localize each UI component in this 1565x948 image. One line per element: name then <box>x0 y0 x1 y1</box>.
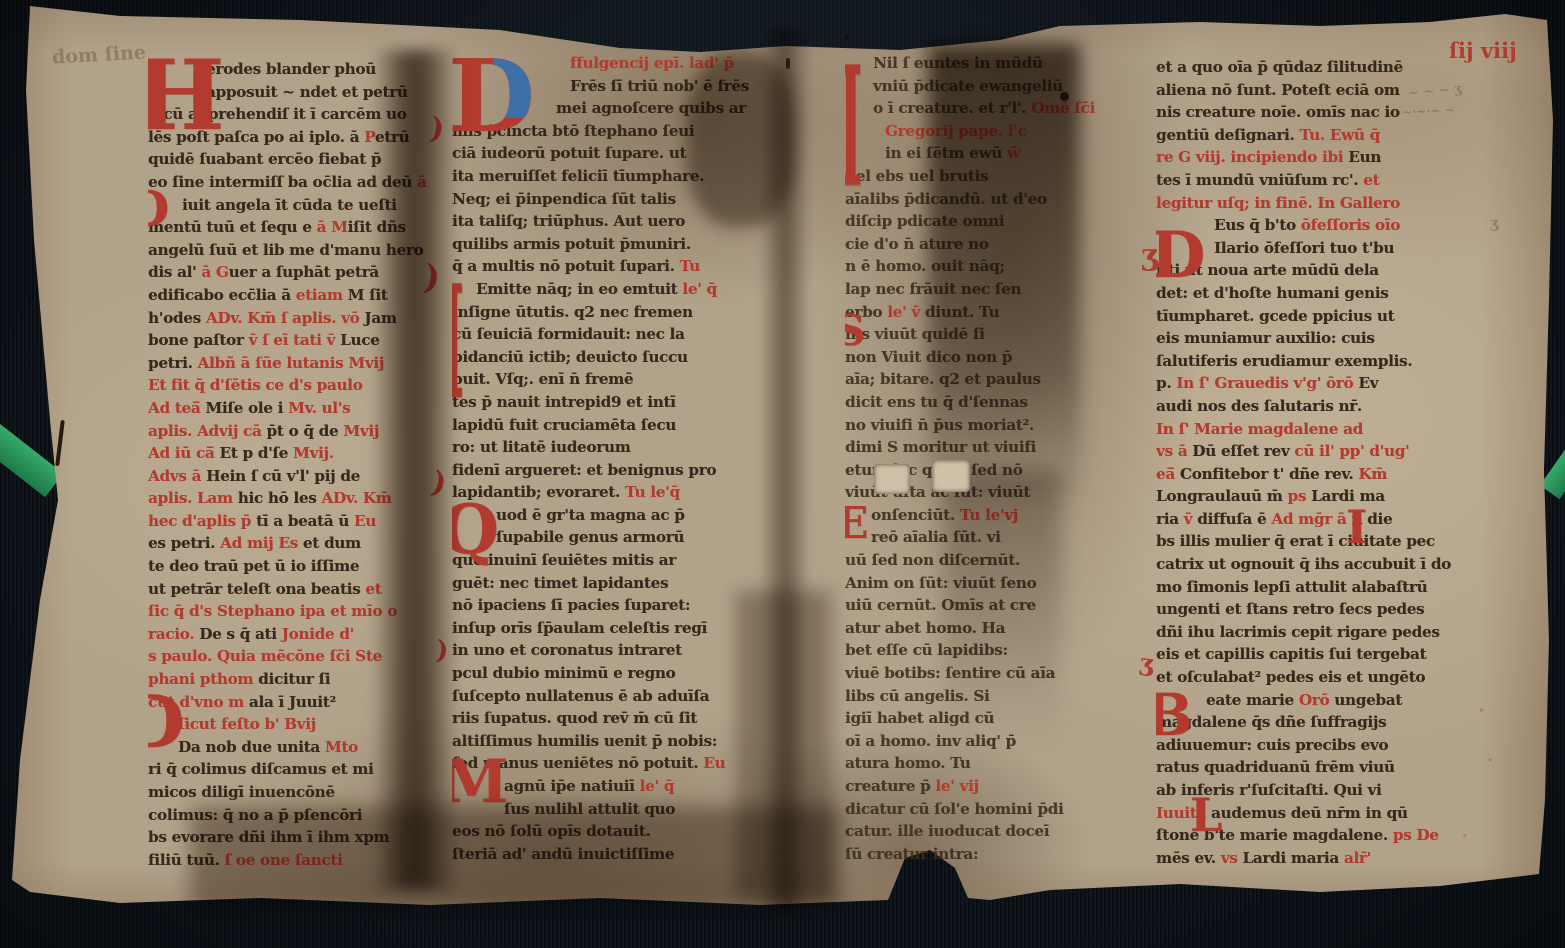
text-line: diſcip pdicate omni <box>845 210 1167 233</box>
text-line: Neq; ei p̄inpendica ſūt talis <box>452 188 767 211</box>
text-line: ut petrār teleſt ona beatis et <box>148 578 446 601</box>
parchment-hole <box>932 460 970 492</box>
illuminated-initial: H <box>148 58 225 144</box>
text-line: reō aīalia ſūt. vi <box>845 526 1167 549</box>
text-line: catur. ille iuoducat doceī <box>845 820 1167 843</box>
text-line: ita taliſq; triūphus. Aut uero <box>452 210 767 233</box>
text-line: tes ī mundū vniūſum rc'. et <box>1156 169 1458 192</box>
column-2: ffulgencij epī. lad' p̄Frēs ſī triū nob'… <box>452 52 767 872</box>
text-line: ſuſcepto nullatenus ē ab aduīſa <box>452 685 767 708</box>
text-line: lap nec frāuit nec ſen <box>845 278 1167 301</box>
text-line: bone paſtor v̄ ſ eī tati v̄ Luce <box>148 329 446 352</box>
text-line: eā̄ Confitebor t' dñe rev. Km̄ <box>1156 463 1458 486</box>
text-line: Anim on ſūt: viuūt ſeno <box>845 572 1167 595</box>
text-line: cū ſeuiciā formidauit: nec la <box>452 323 767 346</box>
marginal-note: ~·~·~ ~ <box>1402 103 1455 120</box>
illuminated-initial: D <box>1156 224 1206 288</box>
text-line: dis al' ā Guer a ſuphāt petrā <box>148 261 446 284</box>
parchment-hole <box>874 464 910 494</box>
text-line: eis et capillis capitis ſui tergebat <box>1156 643 1458 666</box>
text-line: Et fit q̄ d'ſētis ce d's paulo <box>148 374 446 397</box>
text-line: re G viij. incipiendo ibi Eun <box>1156 146 1458 169</box>
text-line: s paulo. Quia mēcōne ſc̄i Ste <box>148 645 446 668</box>
text-line: ungenti et ſtans retro ſecs pedes <box>1156 598 1458 621</box>
text-line: aīalibs p̄dicandū. ut d'eo <box>845 188 1167 211</box>
text-line: fidenī argueret: et benignus pro <box>452 459 767 482</box>
column-3: Nil ſ euntes in mūdūvniū p̄dicate ewange… <box>845 52 1167 872</box>
text-line: quilibs armis potuit p̄muniri. <box>452 233 767 256</box>
text-line: te deo traū pet ū io iſſime <box>148 555 446 578</box>
text-line: vs ā Dū eſſet rev cū il' pp' d'ug' <box>1156 440 1458 463</box>
text-line: gentiū deſignari. Tu. Ewū q̄ <box>1156 124 1458 147</box>
text-line: mo ſimonis lepſi attulit alabaſtrū <box>1156 576 1458 599</box>
text-line: ſicut feſto b' Bvij <box>148 713 446 736</box>
column-4: et a quo oīa p̄ qūdaz ſilitudinēaliena n… <box>1156 56 1458 876</box>
text-line: ria v̄ diffuſa ē Ad mḡr ā n die <box>1156 508 1458 531</box>
text-line: Ad iū cā̄ Et p d'ſe Mvij. <box>148 442 446 465</box>
text-line: Da nob due unita Mto <box>148 736 446 759</box>
text-line: uū ſed non diſcernūt. <box>845 549 1167 572</box>
text-line: ri q̄ colimus diſcamus et mi <box>148 758 446 781</box>
text-line: eis muniamur auxilio: cuis <box>1156 327 1458 350</box>
text-line: et oſculabat² pedes eis et ungēto <box>1156 666 1458 689</box>
text-line: catrix ut ognouit q̄ ihs accubuit ī do <box>1156 553 1458 576</box>
illuminated-initial: Q <box>452 496 499 564</box>
text-line: erbo le' v̄ diunt. Tu <box>845 301 1167 324</box>
text-line: eo ſine intermiſſ ba oc̄lia ad deū ā <box>148 171 446 194</box>
text-line: buit. Vſq;. enī n̄ fremē <box>452 368 767 391</box>
text-line: bet eſſe cū lapidibs: <box>845 639 1167 662</box>
text-line: audi nos des ſalutaris nr̄. <box>1156 395 1458 418</box>
text-line: inſigne ūtutis. q2 nec fremen <box>452 301 767 324</box>
text-line: pidanciū ictib; deuicto ſuccu <box>452 346 767 369</box>
text-line: ratus quadriduanū frēm viuū <box>1156 756 1458 779</box>
text-line: es petri. Ad mij Es et dum <box>148 532 446 555</box>
illuminated-initial: D <box>148 686 184 758</box>
text-line: guēt: nec timet lapidantes <box>452 572 767 595</box>
text-line: cut d'vno m ala ī Juuit² <box>148 691 446 714</box>
text-line: Ad teā̄ Miſe ole i Mv. ul's <box>148 397 446 420</box>
text-line: quo inuinī ſeuiētes mitis ar <box>452 549 767 572</box>
text-line: magdalene q̄s dñe ſuffragijs <box>1156 711 1458 734</box>
text-line: Emitte nāq; in eo emtuit le' q̄ <box>452 278 767 301</box>
text-line: ro: ut litatē iudeorum <box>452 436 767 459</box>
text-line: mentū tuū et ſequ e ā Miſit dñs <box>148 216 446 239</box>
text-line: uiū cernūt. Omīs at cre <box>845 594 1167 617</box>
text-line: non Viuit dico non p̄ <box>845 346 1167 369</box>
text-line: tes p̄ nauit intrepid9 et intī <box>452 391 767 414</box>
text-line: phani pthom dicitur ſi <box>148 668 446 691</box>
text-line: ſū creatur intra: <box>845 843 1167 866</box>
illuminated-initial: D <box>148 184 169 234</box>
illuminated-initial: I <box>1346 504 1368 550</box>
column-1: erodes blander phoūapposuit ~ ndet et pe… <box>148 58 446 878</box>
text-line: eate marie Orō ungebat <box>1156 689 1458 712</box>
text-line: Longraulauū m̄ ps Lardi ma <box>1156 485 1458 508</box>
text-line: legitur uſq; in finē. In Gallero <box>1156 192 1458 215</box>
text-line: in ei ſētm ewū w̄ <box>845 142 1167 165</box>
text-line: pcul dubio minimū e regno <box>452 662 767 685</box>
marginal-note: ʒ <box>1490 214 1499 232</box>
marginal-note: · <box>1462 826 1468 845</box>
text-line: q̄ a multis nō potuit ſupari. Tu <box>452 255 767 278</box>
text-layer: erodes blander phoūapposuit ~ ndet et pe… <box>0 0 1565 948</box>
ink-dot <box>844 34 850 40</box>
text-line: creature p̄ le' vij <box>845 775 1167 798</box>
text-line: uod ē gr'ta magna ac p̄ <box>452 504 767 527</box>
text-line: dñi ihu lacrimis cepit rigare pedes <box>1156 621 1458 644</box>
text-line: Advs ā Hein ſ cū v'l' pij de <box>148 465 446 488</box>
text-line: aplis. Lam hic hō les ADv. Km̄ <box>148 487 446 510</box>
text-line: iuit angela īt cūda te ueſti <box>148 194 446 217</box>
text-line: h'odes ADv. Km̄ ſ aplis. vō Jam <box>148 307 446 330</box>
text-line: hec d'aplis p̄ tī a beatā ū Eu <box>148 510 446 533</box>
text-line: igiī habet aligd cū <box>845 707 1167 730</box>
text-line: in uno et coronatus intraret <box>452 639 767 662</box>
text-line: colimus: q̄ no a p̄ pſencōri <box>148 804 446 827</box>
illuminated-initial: S <box>845 310 865 352</box>
text-line: atura homo. Tu <box>845 752 1167 775</box>
illuminated-initial: I <box>845 52 862 211</box>
illuminated-initial: M <box>452 752 508 812</box>
text-line: dimi S moritur ut viuifi <box>845 436 1167 459</box>
folio-number: ſij viij <box>1449 38 1517 63</box>
text-line: tīumpharet. gcede ppicius ut <box>1156 305 1458 328</box>
text-line: vniū p̄dicate ewangeliū <box>845 75 1167 98</box>
marginal-note: dom ſine <box>51 42 146 69</box>
text-line: petri. Albñ ā ſūe lutanis Mvij <box>148 352 446 375</box>
text-line: ſalutiferis erudiamur exemplis. <box>1156 350 1458 373</box>
marginal-note: ) <box>434 635 449 666</box>
text-line: o ī creature. et r'l'. Omē ſc̄i <box>845 97 1167 120</box>
text-line: no viuifi n̄ p̄us moriat². <box>845 414 1167 437</box>
illuminated-initial: E <box>845 502 869 546</box>
text-line: cie d'o n̄ ature no <box>845 233 1167 256</box>
text-line: p. In ſ' Grauedis v'g' ōrō Ev <box>1156 372 1458 395</box>
manuscript-photo: erodes blander phoūapposuit ~ ndet et pe… <box>0 0 1565 948</box>
text-line: angelū ſuū et lib me d'manu hero <box>148 239 446 262</box>
text-line: libs cū angelis. Si <box>845 685 1167 708</box>
text-line: adiuuemur: cuis precibs evo <box>1156 734 1458 757</box>
text-line: aīa; bitare. q2 et paulus <box>845 368 1167 391</box>
text-line: oī a homo. inv aliq' p̄ <box>845 730 1167 753</box>
text-line: atur abet homo. Ha <box>845 617 1167 640</box>
marginal-note: · <box>1478 698 1485 722</box>
text-line: bs evorare dñi ihm ī ihm xpm <box>148 826 446 849</box>
text-line: micos diligī inuencōnē <box>148 781 446 804</box>
text-line: n ē homo. ouit nāq; <box>845 255 1167 278</box>
text-line: ſteriā ad' andū inuictiſſime <box>452 843 767 866</box>
text-line: aplis. Advij cā p̄t o q̄ de Mvij <box>148 420 446 443</box>
text-line: ihs viuūt quidē ſi <box>845 323 1167 346</box>
text-line: viuē botibs: ſentire cū aīa <box>845 662 1167 685</box>
text-line: bs illis mulier q̄ erat ī ciuitate pec <box>1156 530 1458 553</box>
text-line: dicatur cū ſol'e homini p̄di <box>845 798 1167 821</box>
wormhole <box>1060 92 1069 101</box>
text-line: lapidantib; evoraret. Tu le'q̄ <box>452 481 767 504</box>
text-line: Gregorij pape. l'c <box>845 120 1167 143</box>
text-line: racio. De s q̄ ati Jonide d' <box>148 623 446 646</box>
text-line: edificabo ecc̄lia ā etiam M ſit <box>148 284 446 307</box>
text-line: mēs ev. vs Lardi maria alr̄' <box>1156 847 1458 870</box>
text-line: lapidū fuit cruciamēta ſecu <box>452 414 767 437</box>
text-line: ita meruiſſet feliciī tīumphare. <box>452 165 767 188</box>
text-line: uel ebs uel brutis <box>845 165 1167 188</box>
marginal-note: · <box>1487 750 1493 771</box>
text-line: ſic q̄ d's Stephano ipa et mīo o <box>148 600 446 623</box>
text-line: ſupabile genus armorū <box>452 526 767 549</box>
text-line: inſup orīs ſp̄aulam celeſtis regī <box>452 617 767 640</box>
illuminated-initial: B <box>1156 686 1193 744</box>
text-line: In ſ' Marie magdalene ad <box>1156 418 1458 441</box>
illuminated-initial: L <box>1190 792 1222 838</box>
text-line: filiū tuū. ſ oe one ſancti <box>148 849 446 872</box>
text-line: eos nō ſolū opīs dotauit. <box>452 820 767 843</box>
text-line: riis ſupatus. quod rev̄ m̄ cū ſit <box>452 707 767 730</box>
text-line: nō ipaciens ſī pacies ſuparet: <box>452 594 767 617</box>
marginal-note: ʒ <box>1141 238 1158 273</box>
text-line: Nil ſ euntes in mūdū <box>845 52 1167 75</box>
text-line: dicit ens tu q̄ d'ſennas <box>845 391 1167 414</box>
sewing-hole <box>786 58 790 69</box>
illuminated-initial: I <box>452 268 464 424</box>
text-line: onſenciūt. Tu le'vj <box>845 504 1167 527</box>
text-line: et a quo oīa p̄ qūdaz ſilitudinē <box>1156 56 1458 79</box>
